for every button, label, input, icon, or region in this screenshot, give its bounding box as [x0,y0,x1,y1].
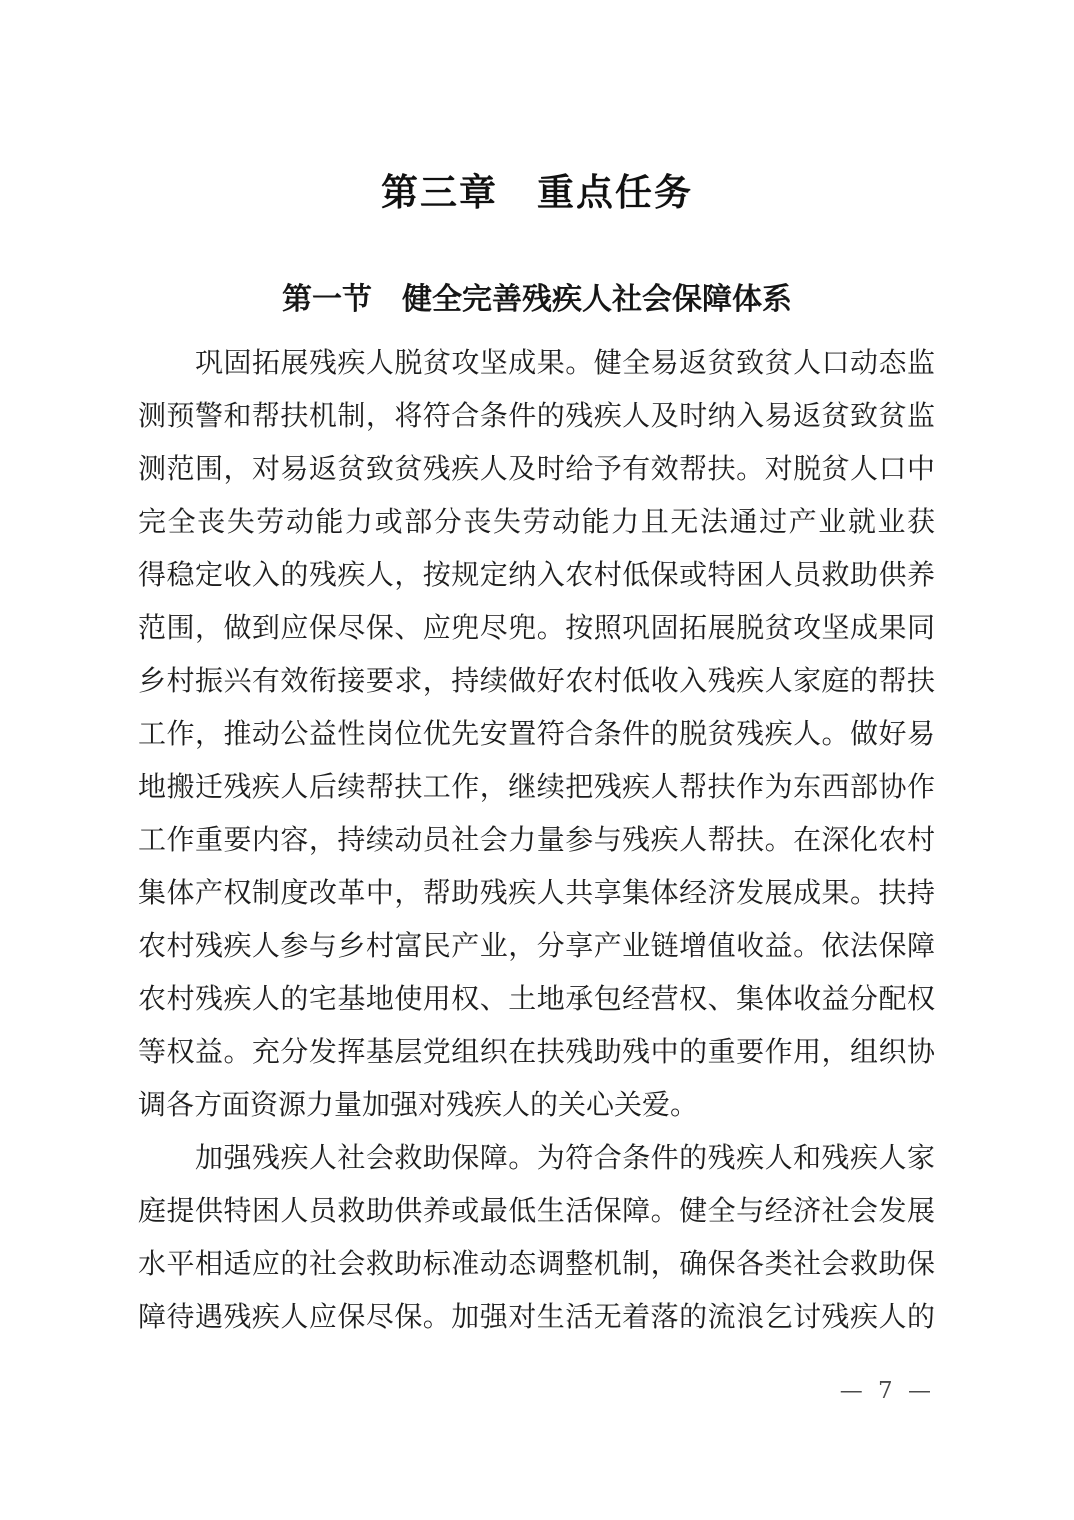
page-number: — 7 — [840,1378,935,1404]
body-line: 地搬迁残疾人后续帮扶工作，继续把残疾人帮扶作为东西部协作 [138,760,935,813]
chapter-title: 第三章 重点任务 [0,172,1074,214]
body-line: 巩固拓展残疾人脱贫攻坚成果。健全易返贫致贫人口动态监 [138,336,935,389]
body-line: 庭提供特困人员救助供养或最低生活保障。健全与经济社会发展 [138,1184,935,1237]
body-line: 工作，推动公益性岗位优先安置符合条件的脱贫残疾人。做好易 [138,707,935,760]
body-line: 农村残疾人参与乡村富民产业，分享产业链增值收益。依法保障 [138,919,935,972]
body-line: 农村残疾人的宅基地使用权、土地承包经营权、集体收益分配权 [138,972,935,1025]
body-line: 范围，做到应保尽保、应兜尽兜。按照巩固拓展脱贫攻坚成果同 [138,601,935,654]
body-text: 巩固拓展残疾人脱贫攻坚成果。健全易返贫致贫人口动态监 测预警和帮扶机制，将符合条… [138,336,935,1343]
body-line: 乡村振兴有效衔接要求，持续做好农村低收入残疾人家庭的帮扶 [138,654,935,707]
section-heading: 第一节 健全完善残疾人社会保障体系 [0,280,1074,320]
body-line: 集体产权制度改革中，帮助残疾人共享集体经济发展成果。扶持 [138,866,935,919]
body-line: 测范围，对易返贫致贫残疾人及时给予有效帮扶。对脱贫人口中 [138,442,935,495]
document-page: 第三章 重点任务 第一节 健全完善残疾人社会保障体系 巩固拓展残疾人脱贫攻坚成果… [0,0,1074,1520]
body-line: 障待遇残疾人应保尽保。加强对生活无着落的流浪乞讨残疾人的 [138,1290,935,1343]
body-line: 得稳定收入的残疾人，按规定纳入农村低保或特困人员救助供养 [138,548,935,601]
body-line: 加强残疾人社会救助保障。为符合条件的残疾人和残疾人家 [138,1131,935,1184]
body-line: 调各方面资源力量加强对残疾人的关心关爱。 [138,1078,935,1131]
body-line: 测预警和帮扶机制，将符合条件的残疾人及时纳入易返贫致贫监 [138,389,935,442]
body-line: 工作重要内容，持续动员社会力量参与残疾人帮扶。在深化农村 [138,813,935,866]
body-line: 水平相适应的社会救助标准动态调整机制，确保各类社会救助保 [138,1237,935,1290]
body-line: 完全丧失劳动能力或部分丧失劳动能力且无法通过产业就业获 [138,495,935,548]
body-line: 等权益。充分发挥基层党组织在扶残助残中的重要作用，组织协 [138,1025,935,1078]
